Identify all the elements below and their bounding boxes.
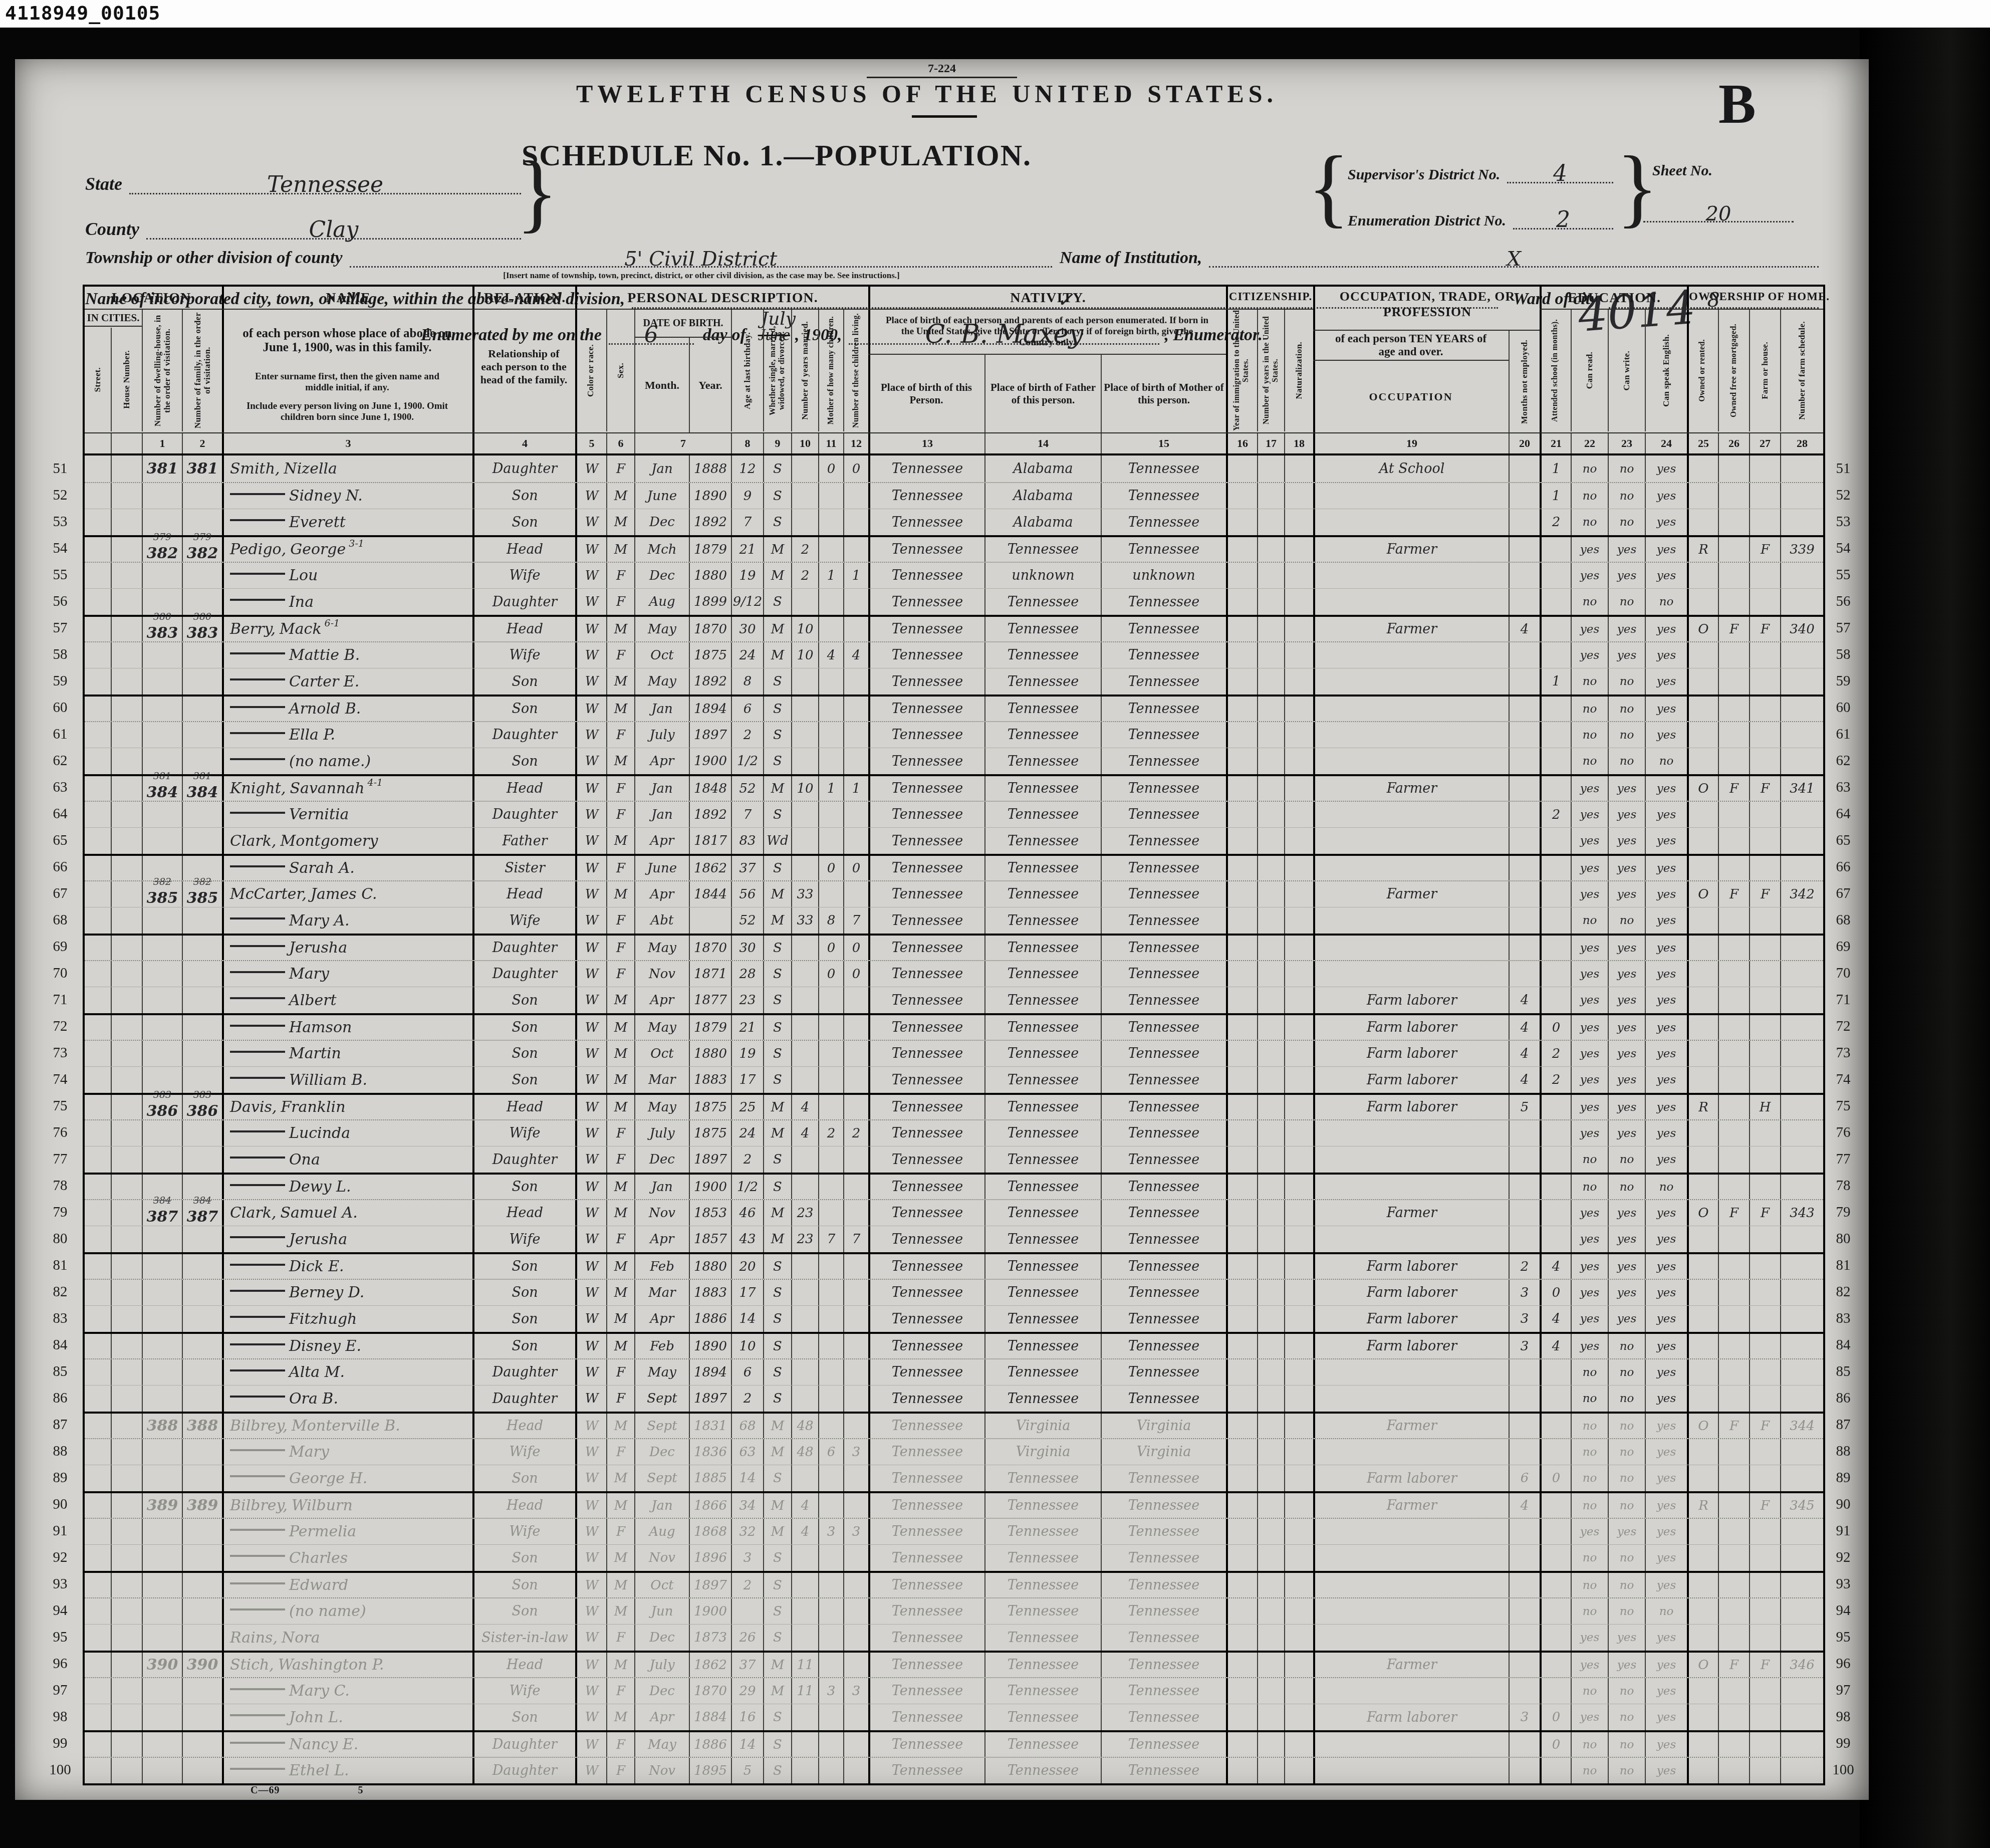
bottom-code: C—69 <box>251 1785 280 1796</box>
cell-age: 24 <box>731 642 763 668</box>
cell-own <box>1687 856 1718 880</box>
column-header-family-number-label: Number of family, in the order of visita… <box>193 310 212 431</box>
cell-occ <box>1313 697 1509 721</box>
cell-nat <box>1284 1146 1313 1173</box>
column-header-mother-of-children-label: Mother of how many children. <box>827 316 836 424</box>
cell-bm: Apr <box>634 748 689 774</box>
row-number-right: 55 <box>1827 567 1859 583</box>
cell-fh <box>1749 1732 1780 1757</box>
cell-rel: Wife <box>472 907 575 934</box>
cell-mne <box>1509 589 1540 615</box>
cell-race: W <box>575 1519 606 1544</box>
cell-rd: no <box>1571 1175 1608 1199</box>
cell-mar: S <box>763 1359 791 1385</box>
cell-by <box>689 907 731 934</box>
cell-house <box>111 1175 142 1199</box>
cell-age: 2 <box>731 722 763 748</box>
cell-cb <box>818 483 843 509</box>
cell-bm: Feb <box>634 1334 689 1358</box>
supervisor-label: Supervisor's District No. <box>1348 166 1507 183</box>
cell-occ <box>1313 1625 1509 1651</box>
cell-wr: yes <box>1608 776 1645 801</box>
cell-cl: 1 <box>843 563 868 588</box>
cell-mar: S <box>763 1732 791 1757</box>
cell-mne: 4 <box>1509 1015 1540 1040</box>
cell-pf: Tennessee <box>984 1015 1101 1040</box>
cell-nat <box>1284 828 1313 854</box>
cell-fr <box>1718 1493 1749 1518</box>
column-header-years-in-us: Number of years in the United States. <box>1257 310 1284 431</box>
cell-pb: Tennessee <box>868 537 984 562</box>
cell-sch <box>1540 961 1571 987</box>
cell-own <box>1687 563 1718 588</box>
cell-d <box>142 1359 182 1385</box>
cell-rd: yes <box>1571 1280 1608 1305</box>
cell-cl: 4 <box>843 642 868 668</box>
cell-fs <box>1780 987 1823 1013</box>
cell-own: O <box>1687 1200 1718 1226</box>
cell-pf: Tennessee <box>984 1545 1101 1571</box>
column-header-owned-rented: Owned or rented. <box>1687 310 1718 431</box>
column-header-year-label: Year. <box>698 379 722 392</box>
cell-rd: yes <box>1571 1015 1608 1040</box>
column-number-age: 8 <box>731 433 763 453</box>
cell-house <box>111 455 142 482</box>
cell-own <box>1687 483 1718 509</box>
cell-pf: Tennessee <box>984 1334 1101 1358</box>
cell-f <box>182 509 222 535</box>
cell-sex: F <box>606 563 634 588</box>
cell-fr: F <box>1718 1200 1749 1226</box>
cell-fs: 345 <box>1780 1493 1823 1518</box>
cell-sch <box>1540 1598 1571 1624</box>
cell-by: 1875 <box>689 642 731 668</box>
cell-own: O <box>1687 776 1718 801</box>
cell-street <box>85 1653 111 1677</box>
cell-fs <box>1780 1758 1823 1783</box>
cell-mne <box>1509 1758 1540 1783</box>
row-number-right: 71 <box>1827 992 1859 1008</box>
cell-rel: Head <box>472 617 575 641</box>
cell-ym <box>791 1015 818 1040</box>
cell-rel: Son <box>472 1175 575 1199</box>
cell-pb: Tennessee <box>868 1519 984 1544</box>
column-header-pob-person: Place of birth of this Person. <box>868 354 984 432</box>
cell-mar: M <box>763 1120 791 1146</box>
cell-street <box>85 1519 111 1544</box>
cell-pf: Tennessee <box>984 881 1101 907</box>
cell-rd: yes <box>1571 642 1608 668</box>
cell-pf: Tennessee <box>984 776 1101 801</box>
cell-en: yes <box>1645 1493 1687 1518</box>
group-name-rule <box>222 309 472 310</box>
cell-f <box>182 642 222 668</box>
cell-wr: no <box>1608 1732 1645 1757</box>
cell-age: 9 <box>731 483 763 509</box>
cell-wr: no <box>1608 1465 1645 1491</box>
county-value: Clay <box>309 219 359 241</box>
cell-pb: Tennessee <box>868 961 984 987</box>
cell-name: George H. <box>222 1465 472 1491</box>
cell-nat <box>1284 1306 1313 1332</box>
cell-rd: no <box>1571 1146 1608 1173</box>
cell-rd: yes <box>1571 776 1608 801</box>
cell-en: yes <box>1645 1280 1687 1305</box>
cell-fs <box>1780 1385 1823 1412</box>
cell-rd: yes <box>1571 1704 1608 1730</box>
cell-by: 1897 <box>689 1573 731 1597</box>
cell-pf: Tennessee <box>984 907 1101 934</box>
cell-rel: Wife <box>472 1120 575 1146</box>
cell-own <box>1687 1573 1718 1597</box>
cell-own <box>1687 1385 1718 1412</box>
cell-age: 32 <box>731 1519 763 1544</box>
cell-nat <box>1284 1254 1313 1279</box>
cell-pm: Tennessee <box>1101 1545 1226 1571</box>
cell-occ: Farmer <box>1313 776 1509 801</box>
cell-fh: F <box>1749 776 1780 801</box>
cell-pb: Tennessee <box>868 563 984 588</box>
cell-by: 1871 <box>689 961 731 987</box>
cell-fs <box>1780 1226 1823 1252</box>
cell-house <box>111 1041 142 1066</box>
cell-imm <box>1226 1359 1257 1385</box>
column-header-can-speak-english-label: Can speak English. <box>1661 334 1671 407</box>
cell-pf: Tennessee <box>984 1385 1101 1412</box>
cell-en: yes <box>1645 1545 1687 1571</box>
person-row: 384387384387Clark,Samuel A.HeadWMNov1853… <box>85 1199 1823 1226</box>
group-nativity-rule <box>868 309 1226 310</box>
cell-cl <box>843 1465 868 1491</box>
cell-own <box>1687 1439 1718 1465</box>
cell-pb: Tennessee <box>868 668 984 695</box>
cell-wr: no <box>1608 1758 1645 1783</box>
row-number-right: 96 <box>1827 1656 1859 1672</box>
row-number-right: 70 <box>1827 965 1859 982</box>
person-row: Disney E.SonWMFeb189010STennesseeTenness… <box>85 1332 1823 1358</box>
column-number-name: 3 <box>222 433 472 453</box>
cell-yus <box>1257 1573 1284 1597</box>
cell-race: W <box>575 1573 606 1597</box>
person-row: 381381Smith,NizellaDaughterWFJan188812S0… <box>85 455 1823 482</box>
person-row: EdwardSonWMOct18972STennesseeTennesseeTe… <box>85 1571 1823 1597</box>
column-number-own: 25 <box>1687 433 1718 453</box>
scan-label: 4118949_00105 <box>5 2 160 24</box>
cell-en: yes <box>1645 617 1687 641</box>
cell-rd: yes <box>1571 936 1608 960</box>
cell-pm: Tennessee <box>1101 776 1226 801</box>
cell-f <box>182 907 222 934</box>
cell-yus <box>1257 509 1284 535</box>
row-number-right: 75 <box>1827 1098 1859 1114</box>
cell-cb: 8 <box>818 907 843 934</box>
cell-cl <box>843 828 868 854</box>
cell-cb <box>818 1625 843 1651</box>
cell-house <box>111 907 142 934</box>
cell-yus <box>1257 881 1284 907</box>
township-value: 5' Civil District <box>624 249 777 269</box>
person-row: John L.SonWMApr188416STennesseeTennessee… <box>85 1704 1823 1730</box>
cell-pf: Tennessee <box>984 1493 1101 1518</box>
cell-fs <box>1780 1146 1823 1173</box>
cell-occ <box>1313 907 1509 934</box>
row-number-right: 80 <box>1827 1231 1859 1247</box>
county-field: County Clay <box>85 210 521 240</box>
cell-yus <box>1257 1598 1284 1624</box>
column-number-mne: 20 <box>1509 433 1540 453</box>
cell-mne: 5 <box>1509 1095 1540 1119</box>
cell-name: Smith,Nizella <box>222 455 472 482</box>
cell-fs: 341 <box>1780 776 1823 801</box>
cell-wr: yes <box>1608 617 1645 641</box>
cell-bm: May <box>634 1095 689 1119</box>
cell-fh <box>1749 1146 1780 1173</box>
column-header-children-living: Number of these children living. <box>843 310 868 431</box>
cell-own <box>1687 1015 1718 1040</box>
cell-wr: no <box>1608 483 1645 509</box>
column-header-can-write: Can write. <box>1608 310 1645 431</box>
row-number-right: 95 <box>1827 1629 1859 1646</box>
cell-street <box>85 1334 111 1358</box>
row-number-left: 99 <box>43 1735 78 1752</box>
cell-pb: Tennessee <box>868 617 984 641</box>
cell-rd: yes <box>1571 537 1608 562</box>
cell-fs <box>1780 1041 1823 1066</box>
cell-race: W <box>575 1732 606 1757</box>
cell-fr <box>1718 1598 1749 1624</box>
cell-mar: S <box>763 1175 791 1199</box>
cell-fr <box>1718 1175 1749 1199</box>
cell-yus <box>1257 1545 1284 1571</box>
cell-street <box>85 1625 111 1651</box>
cell-yus <box>1257 722 1284 748</box>
cell-cl: 7 <box>843 1226 868 1252</box>
cell-rd: yes <box>1571 1334 1608 1358</box>
cell-mar: S <box>763 1306 791 1332</box>
cell-nat <box>1284 1280 1313 1305</box>
cell-age: 28 <box>731 961 763 987</box>
cell-own <box>1687 1598 1718 1624</box>
cell-d <box>142 1067 182 1093</box>
cell-ym <box>791 509 818 535</box>
nativity-description: Place of birth of each person and parent… <box>873 312 1221 352</box>
cell-by: 1853 <box>689 1200 731 1226</box>
person-row: LucindaWifeWFJuly187524M422TennesseeTenn… <box>85 1119 1823 1146</box>
page-letter: B <box>1718 72 1756 137</box>
cell-fr <box>1718 455 1749 482</box>
cell-cb <box>818 537 843 562</box>
row-number-right: 86 <box>1827 1390 1859 1407</box>
cell-cl <box>843 1146 868 1173</box>
cell-own <box>1687 1226 1718 1252</box>
column-header-marital-status-label: Whether single, married, widowed, or div… <box>769 310 787 431</box>
cell-mne <box>1509 1439 1540 1465</box>
cell-fh <box>1749 1625 1780 1651</box>
cell-mar: S <box>763 668 791 695</box>
cell-pm: Tennessee <box>1101 589 1226 615</box>
column-number-row: 1234567891011121314151617181920212223242… <box>85 433 1823 455</box>
cell-age: 14 <box>731 1732 763 1757</box>
cell-d <box>142 483 182 509</box>
cell-by: 1886 <box>689 1306 731 1332</box>
cell-street <box>85 987 111 1013</box>
row-number-left: 97 <box>43 1682 78 1699</box>
cell-fs <box>1780 455 1823 482</box>
cell-fh <box>1749 907 1780 934</box>
cell-f <box>182 1254 222 1279</box>
cell-rel: Daughter <box>472 1758 575 1783</box>
cell-own <box>1687 697 1718 721</box>
group-citizenship-title: CITIZENSHIP. <box>1228 290 1313 303</box>
cell-en: yes <box>1645 697 1687 721</box>
cell-pf: Tennessee <box>984 1175 1101 1199</box>
cell-name: Clark,Samuel A. <box>222 1200 472 1226</box>
cell-age: 52 <box>731 907 763 934</box>
cell-fs: 339 <box>1780 537 1823 562</box>
cell-age: 12 <box>731 455 763 482</box>
cell-mne: 4 <box>1509 617 1540 641</box>
cell-ym: 4 <box>791 1120 818 1146</box>
cell-by: 1892 <box>689 802 731 827</box>
cell-nat <box>1284 1573 1313 1597</box>
cell-rd: yes <box>1571 1226 1608 1252</box>
cell-age: 43 <box>731 1226 763 1252</box>
cell-fh: F <box>1749 1653 1780 1677</box>
cell-mar: M <box>763 1200 791 1226</box>
cell-cl: 7 <box>843 907 868 934</box>
cell-pf: Tennessee <box>984 1095 1101 1119</box>
cell-sch <box>1540 1120 1571 1146</box>
cell-pm: Virginia <box>1101 1414 1226 1438</box>
cell-pb: Tennessee <box>868 1493 984 1518</box>
cell-wr: no <box>1608 1704 1645 1730</box>
cell-street <box>85 907 111 934</box>
cell-own: R <box>1687 1095 1718 1119</box>
cell-mar: M <box>763 1226 791 1252</box>
cell-cb <box>818 1175 843 1199</box>
row-number-left: 100 <box>43 1762 78 1778</box>
cell-fs <box>1780 1306 1823 1332</box>
cell-fr <box>1718 1067 1749 1093</box>
cell-house <box>111 483 142 509</box>
cell-fr <box>1718 1439 1749 1465</box>
row-number-left: 70 <box>43 965 78 982</box>
cell-pb: Tennessee <box>868 936 984 960</box>
cell-cb <box>818 1254 843 1279</box>
cell-pm: Tennessee <box>1101 1200 1226 1226</box>
cell-pf: Tennessee <box>984 961 1101 987</box>
cell-yus <box>1257 1015 1284 1040</box>
cell-mne <box>1509 1545 1540 1571</box>
cell-wr: yes <box>1608 1015 1645 1040</box>
cell-pm: Tennessee <box>1101 642 1226 668</box>
cell-mne <box>1509 1200 1540 1226</box>
cell-ym: 2 <box>791 563 818 588</box>
row-number-right: 72 <box>1827 1018 1859 1035</box>
cell-race: W <box>575 563 606 588</box>
cell-occ <box>1313 828 1509 854</box>
cell-fh: F <box>1749 1493 1780 1518</box>
cell-rd: yes <box>1571 1254 1608 1279</box>
person-row: 382385382385McCarter,James C.HeadWMApr18… <box>85 880 1823 907</box>
cell-name: John L. <box>222 1704 472 1730</box>
cell-yus <box>1257 1146 1284 1173</box>
column-number-fs: 28 <box>1780 433 1823 453</box>
cell-pf: Tennessee <box>984 1359 1101 1385</box>
cell-cb <box>818 1493 843 1518</box>
cell-ym: 4 <box>791 1095 818 1119</box>
cell-en: yes <box>1645 881 1687 907</box>
cell-imm <box>1226 1146 1257 1173</box>
cell-wr: yes <box>1608 1280 1645 1305</box>
cell-mne <box>1509 776 1540 801</box>
cell-sch <box>1540 1678 1571 1704</box>
cell-pf: Tennessee <box>984 802 1101 827</box>
cell-imm <box>1226 776 1257 801</box>
cell-cl <box>843 483 868 509</box>
cell-f: 383386 <box>182 1095 222 1119</box>
cell-nat <box>1284 1334 1313 1358</box>
cell-race: W <box>575 1545 606 1571</box>
cell-fs <box>1780 668 1823 695</box>
cell-en: yes <box>1645 1625 1687 1651</box>
cell-own <box>1687 936 1718 960</box>
row-number-right: 89 <box>1827 1470 1859 1486</box>
cell-age: 25 <box>731 1095 763 1119</box>
cell-sex: M <box>606 668 634 695</box>
cell-age: 56 <box>731 881 763 907</box>
cell-yus <box>1257 1732 1284 1757</box>
cell-name: Lucinda <box>222 1120 472 1146</box>
occupation-column-label: OCCUPATION <box>1313 361 1509 432</box>
cell-age: 7 <box>731 802 763 827</box>
cell-cl <box>843 1598 868 1624</box>
person-row: Mary C.WifeWFDec187029M1133TennesseeTenn… <box>85 1677 1823 1704</box>
cell-sex: F <box>606 1519 634 1544</box>
cell-yus <box>1257 1095 1284 1119</box>
column-number-d: 1 <box>142 433 182 453</box>
cell-f <box>182 1067 222 1093</box>
person-row: Berney D.SonWMMar188317STennesseeTenness… <box>85 1279 1823 1305</box>
form-code: 7-224 <box>867 62 1017 78</box>
person-row: VernitiaDaughterWFJan18927STennesseeTenn… <box>85 801 1823 827</box>
cell-rel: Head <box>472 881 575 907</box>
cell-nat <box>1284 642 1313 668</box>
cell-fs <box>1780 1067 1823 1093</box>
cell-fs <box>1780 936 1823 960</box>
cell-occ <box>1313 961 1509 987</box>
cell-sex: M <box>606 828 634 854</box>
cell-street <box>85 881 111 907</box>
cell-fs <box>1780 1704 1823 1730</box>
cell-by: 1862 <box>689 856 731 880</box>
cell-nat <box>1284 881 1313 907</box>
cell-occ <box>1313 483 1509 509</box>
cell-pm: Tennessee <box>1101 1678 1226 1704</box>
cell-own <box>1687 1678 1718 1704</box>
cell-rel: Daughter <box>472 1732 575 1757</box>
cell-pf: Tennessee <box>984 1732 1101 1757</box>
row-number-right: 73 <box>1827 1045 1859 1061</box>
cell-imm <box>1226 1200 1257 1226</box>
cell-street <box>85 563 111 588</box>
cell-imm <box>1226 697 1257 721</box>
cell-own: R <box>1687 537 1718 562</box>
cell-pb: Tennessee <box>868 1175 984 1199</box>
cell-fs <box>1780 1519 1823 1544</box>
column-header-house-number: House Number. <box>111 328 142 431</box>
cell-by: 1879 <box>689 537 731 562</box>
